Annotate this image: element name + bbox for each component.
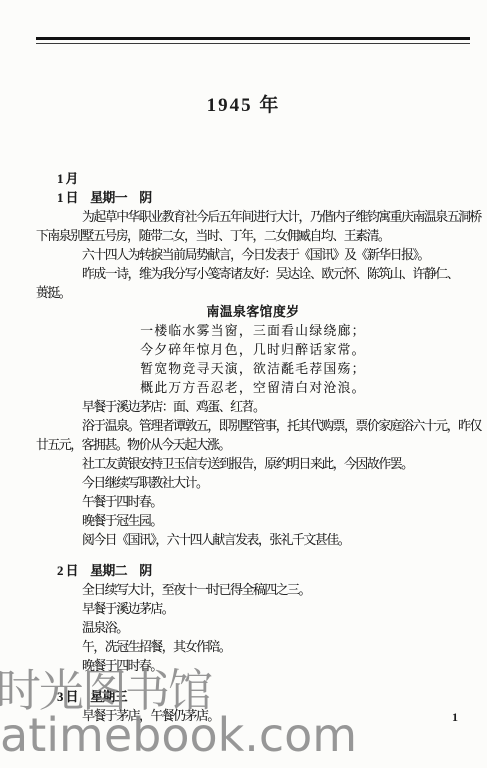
poem-title: 南温泉客馆度岁 <box>36 303 470 322</box>
poem-line: 一楼临水雾当窗，三面看山绿绕廊； <box>36 322 470 341</box>
body-line: 早餐于溪边茅店。 <box>36 600 470 619</box>
page-title: 1945 年 <box>0 90 487 117</box>
body-line: 午餐于四时春。 <box>36 493 470 512</box>
body-line: 早餐于溪边茅店：面、鸡蛋、红苕。 <box>36 398 470 417</box>
top-rule-thick <box>36 37 470 40</box>
body-line: 下南泉别墅五号房，随带二女，当时、丁年，二女佣臧自均、王素清。 <box>36 227 470 246</box>
poem-line: 概此万方吾忍老，空留清白对沧浪。 <box>36 379 470 398</box>
page-number: 1 <box>452 710 458 725</box>
body-line: 昨成一诗，维为我分写小笺寄诸友好：吴达诠、欧元怀、陈筑山、许静仁、 <box>36 265 470 284</box>
day2-header: 2 日 星期二 阴 <box>57 562 470 581</box>
top-rule-thin <box>36 43 470 44</box>
body-line: 晚餐于冠生园。 <box>36 512 470 531</box>
poem-line: 暂宽物竞寻天演，欲洁氄毛荐国殇； <box>36 360 470 379</box>
day1-header: 1 日 星期一 阴 <box>57 189 470 208</box>
body-line: 廿五元，客拥甚。物价从今天起大涨。 <box>36 436 470 455</box>
poem-line: 今夕碎年惊月色，几时归醉话家常。 <box>36 341 470 360</box>
watermark-site-url: atimebook.com <box>0 708 357 762</box>
body-line: 蒉挺。 <box>36 284 470 303</box>
body-line: 今日继续写职教社大计。 <box>36 474 470 493</box>
body-line: 社工友黄银安持卫玉信专送到报告，原约明日来此，今因故作罢。 <box>36 455 470 474</box>
body-line: 阅今日《国讯》，六十四人献言发表，张礼千文甚佳。 <box>36 531 470 550</box>
diary-content: 1 月 1 日 星期一 阴 为起草中华职业教育社今后五年间进行大计，乃偕内子维钧… <box>36 170 470 726</box>
body-line: 全日续写大计，至夜十一时已得全稿四之三。 <box>36 581 470 600</box>
body-line: 为起草中华职业教育社今后五年间进行大计，乃偕内子维钧寓重庆南温泉五洞桥 <box>36 208 470 227</box>
body-line: 六十四人为转捩当前局势献言，今日发表于《国讯》及《新华日报》。 <box>36 246 470 265</box>
month-header: 1 月 <box>57 170 470 189</box>
body-line: 温泉浴。 <box>36 619 470 638</box>
body-line: 浴于温泉。管理者谭敦五，即别墅管事，托其代购票，票价家庭浴六十元，昨仅 <box>36 417 470 436</box>
